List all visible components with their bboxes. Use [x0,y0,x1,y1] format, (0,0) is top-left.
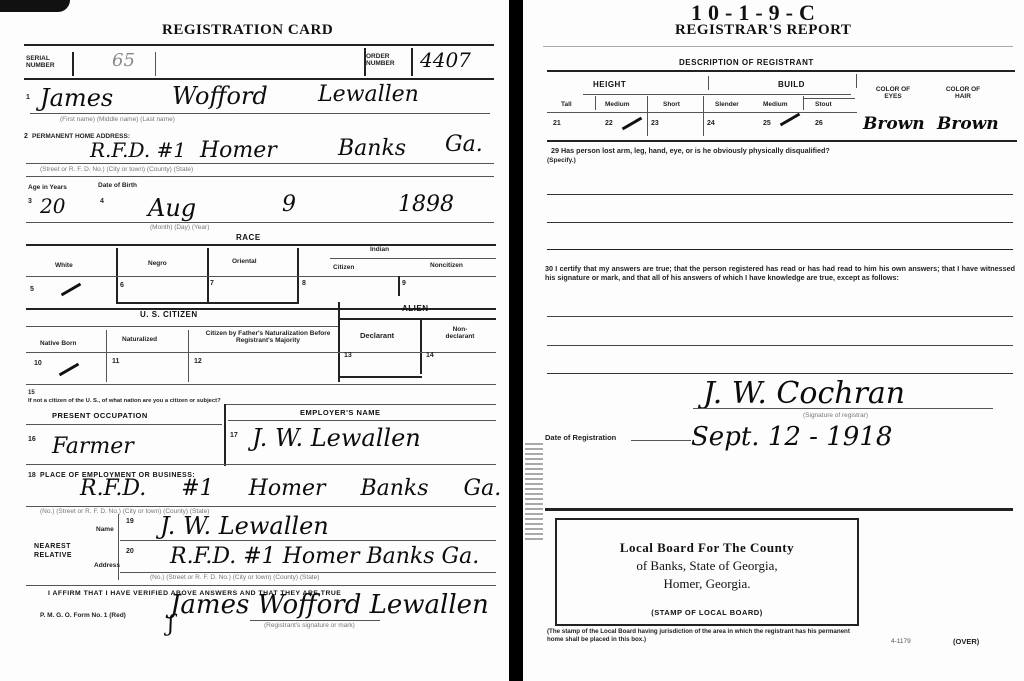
naturalized-label: Naturalized [122,336,157,343]
field-number: 10 [34,360,42,367]
occupation-label: PRESENT OCCUPATION [52,411,148,420]
field-number: 21 [553,120,561,127]
card-title: REGISTRATION CARD [162,22,333,39]
registrars-report: 10-1-9-C REGISTRAR'S REPORT DESCRIPTION … [523,0,1024,681]
relative-address-label: Address [94,562,120,569]
employer-value: J. W. Lewallen [252,424,421,452]
build-stout-label: Stout [815,101,832,108]
field-number: 15 [28,390,35,396]
height-short-label: Short [663,101,680,108]
field-number: 8 [302,280,306,287]
build-slender-label: Slender [715,101,739,108]
q30-text: 30 I certify that my answers are true; t… [545,264,1015,282]
scan-edge-artifact [0,0,70,12]
hair-color-value: Brown [937,114,999,134]
hair-label: COLOR OF HAIR [943,86,983,100]
footer-over: (OVER) [953,638,979,645]
field-number: 16 [28,436,36,443]
footer-mark: 4-1179 [891,638,911,645]
address-county: Banks [338,136,406,161]
form-id: P. M. G. O. Form No. 1 (Red) [40,612,150,619]
field-number: 1 [26,94,30,101]
race-white-checkmark [61,283,82,297]
dob-caption: (Month) (Day) (Year) [150,224,209,231]
age-value: 20 [40,194,65,218]
race-negro-label: Negro [148,260,167,267]
dob-day: 9 [282,192,296,217]
name-caption: (First name) (Middle name) (Last name) [60,116,175,123]
stamp-line-3: Homer, Georgia. [557,576,857,592]
relative-address-caption: (No.) (Street or R. F. D. No.) (City or … [150,574,319,581]
field-number: 26 [815,120,823,127]
field-number: 3 [28,198,32,205]
non-declarant-label: Non-declarant [440,326,480,340]
field-number: 17 [230,432,238,439]
report-title: REGISTRAR'S REPORT [675,22,851,39]
field-number: 12 [194,358,202,365]
field-number: 14 [426,352,434,359]
dob-month: Aug [148,194,196,222]
relative-name-value: J. W. Lewallen [160,512,329,540]
field-number: 20 [126,548,134,555]
local-board-stamp-box: Local Board For The County of Banks, Sta… [555,518,859,626]
race-oriental-label: Oriental [232,258,257,265]
registration-card: REGISTRATION CARD SERIAL NUMBER 65 ORDER… [0,0,509,681]
eyes-label: COLOR OF EYES [873,86,913,100]
date-label: Date of Registration [545,434,616,441]
field-number: 5 [30,286,34,293]
address-street: R.F.D. #1 [90,138,186,162]
q29-text: 29 Has person lost arm, leg, hand, eye, … [551,146,1011,155]
occupation-value: Farmer [52,434,134,459]
serial-number-label: SERIAL NUMBER [26,55,68,69]
age-label: Age in Years [28,184,67,191]
field-number: 6 [120,282,124,289]
registrar-caption: (Signature of registrar) [803,412,868,419]
field-number: 9 [402,280,406,287]
description-heading: DESCRIPTION OF REGISTRANT [679,58,814,67]
registrar-signature: J. W. Cochran [703,376,905,411]
alien-heading: ALIEN [402,304,429,313]
relative-name-label: Name [96,526,114,533]
eye-color-value: Brown [863,114,925,134]
field-number: 11 [112,358,119,365]
father-naturalization-label: Citizen by Father's Naturalization Befor… [198,330,338,344]
field-number: 22 [605,120,613,127]
stamp-note: (The stamp of the Local Board having jur… [547,628,867,644]
address-caption: (Street or R. F. D. No.) (City or town) … [40,166,193,173]
nationality-question: If not a citizen of the U. S., of what n… [28,398,221,405]
indian-label: Indian [370,246,389,253]
employer-label: EMPLOYER'S NAME [300,408,381,417]
signature-caption: (Registrant's signature or mark) [264,622,355,629]
height-heading: HEIGHT [593,80,626,89]
registration-date-value: Sept. 12 - 1918 [691,422,892,452]
order-number-value: 4407 [420,48,471,72]
registrant-signature: James Wofford Lewallen [170,590,489,620]
nearest-relative-label: NEAREST RELATIVE [34,542,94,560]
stamp-line-1: Local Board For The County [557,540,857,556]
stamp-caption: (STAMP OF LOCAL BOARD) [557,608,857,617]
us-citizen-heading: U. S. CITIZEN [140,310,198,319]
q29-specify: (Specify.) [547,156,576,165]
native-born-label: Native Born [40,340,76,347]
name-last: Lewallen [318,82,419,107]
race-heading: RACE [236,233,261,242]
field-number: 7 [210,280,214,287]
field-number: 13 [344,352,352,359]
native-born-checkmark [59,363,80,377]
build-heading: BUILD [778,80,805,89]
field-number: 24 [707,120,715,127]
dob-label: Date of Birth [98,182,137,189]
dob-year: 1898 [398,192,454,217]
name-middle: Wofford [172,82,268,110]
stamp-line-2: of Banks, State of Georgia, [557,558,857,574]
address-state: Ga. [445,132,483,157]
serial-number-value: 65 [112,50,135,71]
field-number: 2 [24,133,28,140]
height-tall-label: Tall [561,101,572,108]
field-number: 18 [28,472,36,479]
field-number: 19 [126,518,134,525]
address-city: Homer [200,138,277,163]
scan-smudge [525,440,543,540]
race-noncitizen-label: Noncitizen [430,262,463,269]
field-number: 4 [100,198,104,205]
height-medium-label: Medium [605,101,630,108]
race-white-label: White [55,262,73,269]
name-first: James [40,84,113,112]
relative-address-value: R.F.D. #1 Homer Banks Ga. [170,544,479,569]
race-citizen-label: Citizen [333,264,354,271]
field-number: 25 [763,120,771,127]
declarant-label: Declarant [360,332,394,339]
build-medium-checkmark [780,113,801,127]
height-medium-checkmark [622,117,643,131]
build-medium-label: Medium [763,101,788,108]
field-number: 23 [651,120,659,127]
order-number-label: ORDER NUMBER [366,53,404,67]
signature-flourish: ʃ [168,612,174,637]
employment-place-value: R.F.D. #1 Homer Banks Ga. [80,476,501,501]
